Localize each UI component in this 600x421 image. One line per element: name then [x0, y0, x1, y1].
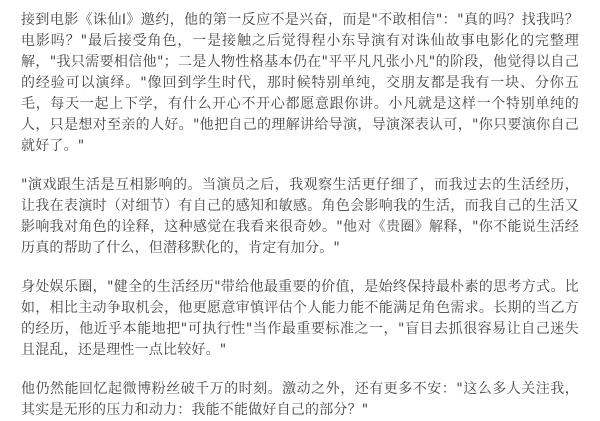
article-body: 接到电影《诛仙I》邀约，他的第一反应不是兴奋，而是"不敢相信"："真的吗？找我吗… — [0, 0, 600, 421]
paragraph-movie-invitation: 接到电影《诛仙I》邀约，他的第一反应不是兴奋，而是"不敢相信"："真的吗？找我吗… — [21, 10, 579, 157]
paragraph-life-experience-value: 身处娱乐圈，"健全的生活经历"带给他最重要的价值，是始终保持最朴素的思考方式。比… — [21, 277, 579, 361]
paragraph-acting-and-life: "演戏跟生活是互相影响的。当演员之后，我观察生活更仔细了，而我过去的生活经历，让… — [21, 175, 579, 259]
paragraph-weibo-followers: 他仍然能回忆起微博粉丝破千万的时刻。激动之外，还有更多不安："这么多人关注我，其… — [21, 379, 579, 421]
